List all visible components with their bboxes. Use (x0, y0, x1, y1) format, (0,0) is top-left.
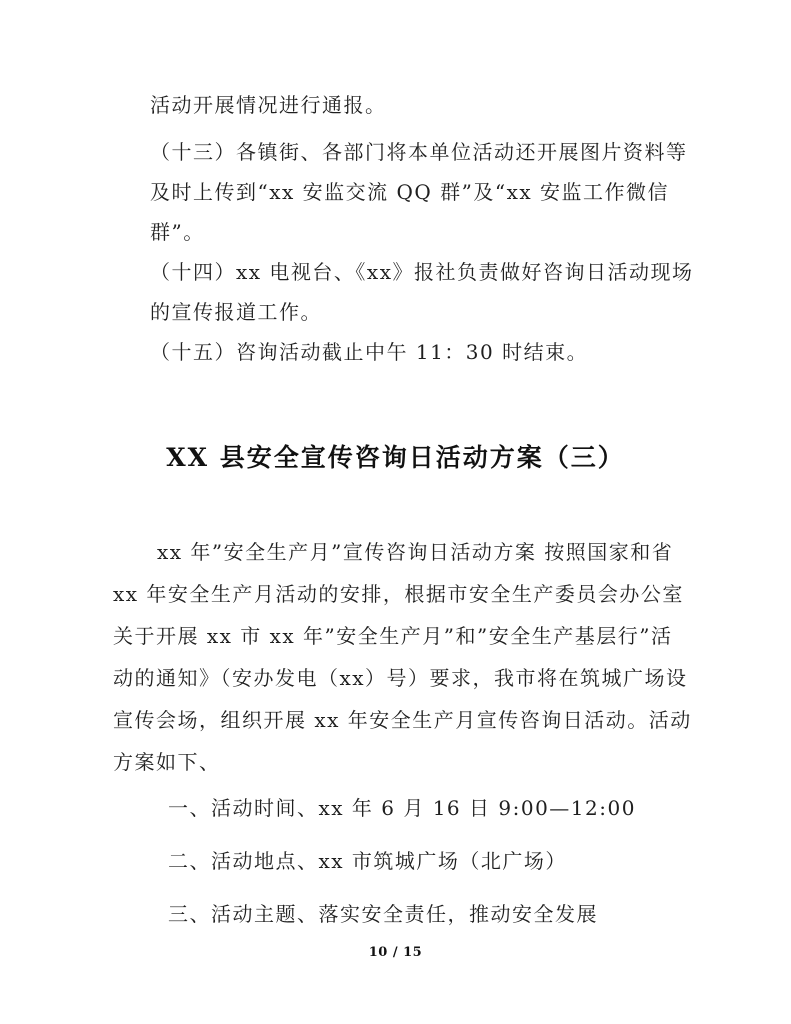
numbered-list: 一、活动时间、xx 年 6 月 16 日 9:00—12:00 二、活动地点、x… (168, 788, 688, 947)
paragraph: （十五）咨询活动截止中午 11：30 时结束。 (150, 332, 698, 372)
body-text-block-top: 活动开展情况进行通报。 （十三）各镇街、各部门将本单位活动还开展图片资料等 及时… (150, 85, 698, 372)
list-item: 三、活动主题、落实安全责任，推动安全发展 (168, 894, 688, 934)
paragraph: （十四）xx 电视台、《xx》报社负责做好咨询日活动现场 的宣传报道工作。 (150, 252, 698, 332)
paragraph-line: （十五）咨询活动截止中午 11：30 时结束。 (150, 332, 698, 372)
paragraph: 活动开展情况进行通报。 (150, 85, 698, 125)
paragraph: （十三）各镇街、各部门将本单位活动还开展图片资料等 及时上传到“xx 安监交流 … (150, 132, 698, 252)
paragraph-line: 群”。 (150, 212, 698, 252)
paragraph-line: （十四）xx 电视台、《xx》报社负责做好咨询日活动现场 (150, 252, 698, 292)
list-item: 一、活动时间、xx 年 6 月 16 日 9:00—12:00 (168, 788, 688, 828)
body-text-block-intro: xx 年”安全生产月”宣传咨询日活动方案 按照国家和省 xx 年安全生产月活动的… (113, 531, 691, 783)
paragraph-line: 动的通知》（安办发电（xx）号）要求，我市将在筑城广场设 (113, 657, 691, 699)
paragraph-line: xx 年安全生产月活动的安排，根据市安全生产委员会办公室 (113, 573, 691, 615)
document-page: 活动开展情况进行通报。 （十三）各镇街、各部门将本单位活动还开展图片资料等 及时… (0, 0, 791, 1024)
list-item: 二、活动地点、xx 市筑城广场（北广场） (168, 841, 688, 881)
section-heading: XX 县安全宣传咨询日活动方案（三） (0, 438, 791, 474)
paragraph-line: 关于开展 xx 市 xx 年”安全生产月”和”安全生产基层行”活 (113, 615, 691, 657)
paragraph-line: 的宣传报道工作。 (150, 292, 698, 332)
paragraph-line: 宣传会场，组织开展 xx 年安全生产月宣传咨询日活动。活动 (113, 699, 691, 741)
page-number: 10 / 15 (0, 945, 791, 960)
paragraph-line: xx 年”安全生产月”宣传咨询日活动方案 按照国家和省 (113, 531, 691, 573)
paragraph-line: 方案如下、 (113, 741, 691, 783)
paragraph-line: 活动开展情况进行通报。 (150, 85, 698, 125)
paragraph-line: （十三）各镇街、各部门将本单位活动还开展图片资料等 (150, 132, 698, 172)
paragraph-line: 及时上传到“xx 安监交流 QQ 群”及“xx 安监工作微信 (150, 172, 698, 212)
